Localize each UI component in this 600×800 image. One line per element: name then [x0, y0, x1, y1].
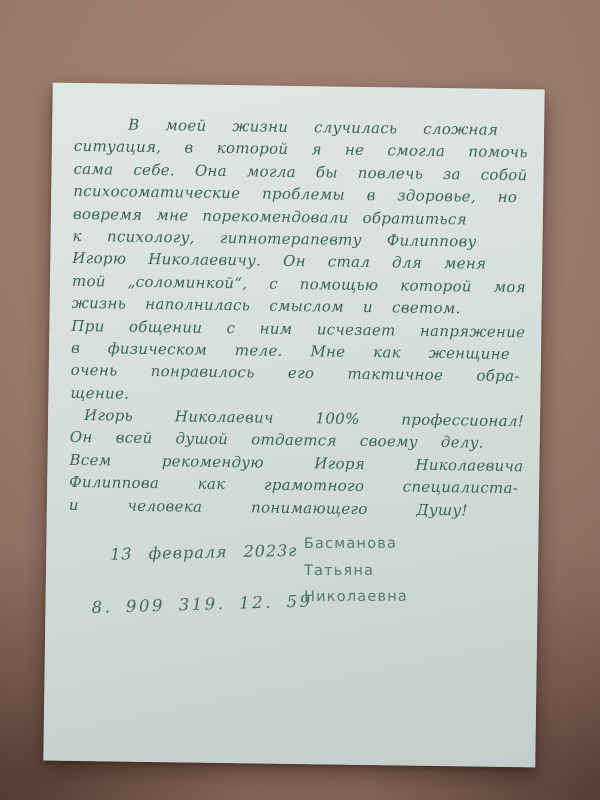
- photo-background: В моей жизни случилась сложная ситуация,…: [0, 0, 600, 800]
- phone-number: 8. 909 319. 12. 59: [91, 591, 313, 617]
- signature-patronymic: Николаевна: [304, 584, 408, 611]
- letter-paper: В моей жизни случилась сложная ситуация,…: [43, 83, 544, 768]
- letter-body: В моей жизни случилась сложная ситуация,…: [69, 113, 529, 522]
- signature-surname: Басманова: [304, 531, 408, 558]
- signature-block: Басманова Татьяна Николаевна: [304, 531, 408, 611]
- signature-firstname: Татьяна: [304, 557, 408, 584]
- letter-date: 13 февраля 2023г: [110, 541, 298, 564]
